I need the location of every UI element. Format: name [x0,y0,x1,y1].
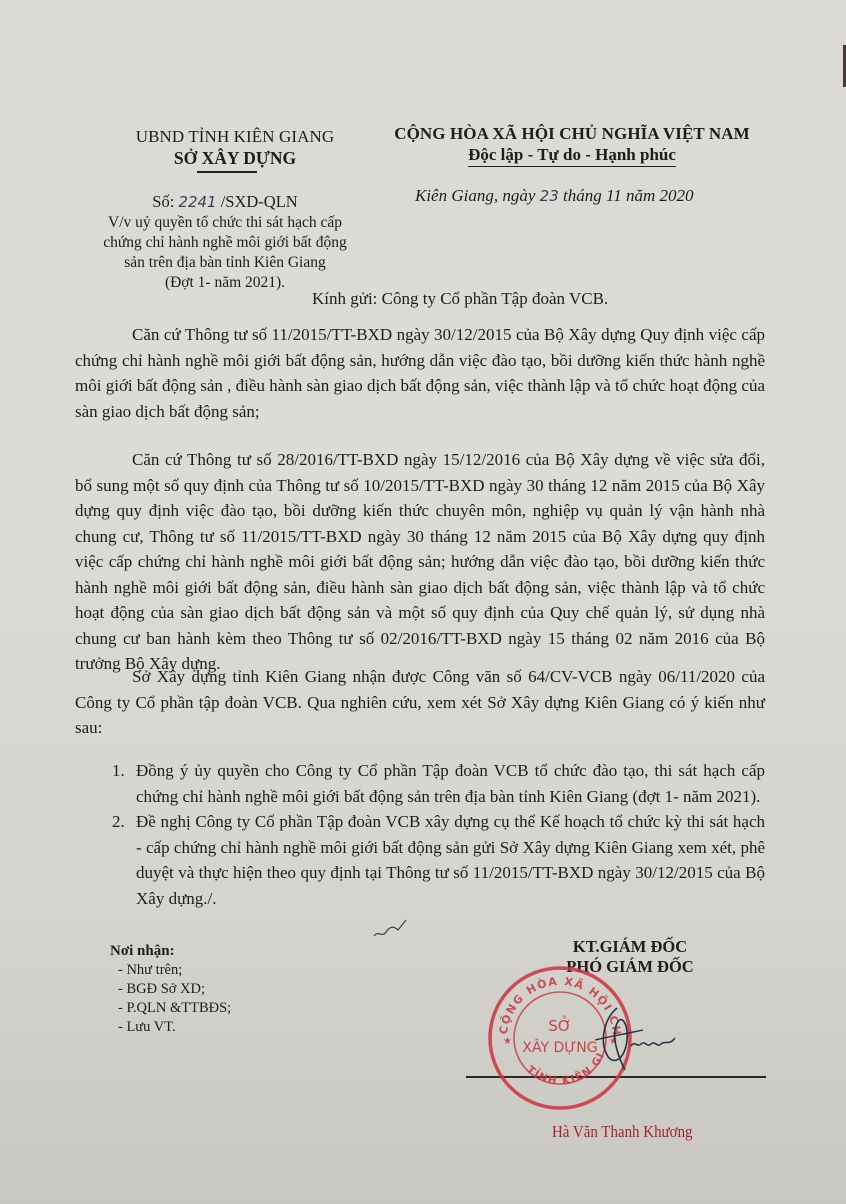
document-number: Số: 2241 /SXD-QLN [70,192,380,212]
paragraph-text: Sở Xây dựng tỉnh Kiên Giang nhận được Cô… [75,664,765,741]
initial-scribble-icon [370,916,410,942]
recipient-item: - P.QLN &TTBĐS; [110,999,231,1018]
department-name: SỞ XÂY DỰNG [100,148,370,169]
paragraph-text: Căn cứ Thông tư số 11/2015/TT-BXD ngày 3… [75,322,765,424]
recipients-title: Nơi nhận: [110,942,231,961]
recipient-item: - Như trên; [110,961,231,980]
recipients-block: Nơi nhận: - Như trên; - BGĐ Sở XD; - P.Q… [110,942,231,1037]
date-day-handwritten: 23 [540,187,559,205]
list-item-number: 2. [112,809,125,835]
subject-line: V/v uỷ quyền tổ chức thi sát hạch cấp [70,213,380,233]
handwritten-signature-icon [585,1000,695,1075]
nation-name: CỘNG HÒA XÃ HỘI CHỦ NGHĨA VIỆT NAM [384,124,760,144]
stamp-center-line-1: SỞ [548,1015,571,1035]
agency-name: UBND TỈNH KIÊN GIANG [100,127,370,147]
list-item: 1. Đồng ý ủy quyền cho Công ty Cổ phần T… [112,758,765,809]
body-paragraph-1: Căn cứ Thông tư số 11/2015/TT-BXD ngày 3… [75,322,765,424]
list-item-text: Đề nghị Công ty Cổ phần Tập đoàn VCB xây… [136,812,765,908]
doc-number-handwritten: 2241 [178,193,216,211]
date-prefix: Kiên Giang, ngày [415,186,540,205]
svg-text:★: ★ [503,1036,512,1047]
recipient-item: - Lưu VT. [110,1018,231,1037]
body-paragraph-2: Căn cứ Thông tư số 28/2016/TT-BXD ngày 1… [75,447,765,677]
addressee: Kính gửi: Công ty Cổ phần Tập đoàn VCB. [312,289,608,309]
paragraph-text: Căn cứ Thông tư số 28/2016/TT-BXD ngày 1… [75,447,765,677]
issue-date: Kiên Giang, ngày 23 tháng 11 năm 2020 [415,186,694,206]
recipient-item: - BGĐ Sở XD; [110,980,231,999]
body-paragraph-3: Sở Xây dựng tỉnh Kiên Giang nhận được Cô… [75,664,765,741]
list-item: 2. Đề nghị Công ty Cổ phần Tập đoàn VCB … [112,809,765,911]
subject-line: chứng chỉ hành nghề môi giới bất động [70,233,380,253]
subject-line: sản trên địa bàn tỉnh Kiên Giang [70,253,380,273]
decision-list: 1. Đồng ý ủy quyền cho Công ty Cổ phần T… [112,758,765,911]
signer-name: Hà Văn Thanh Khương [552,1122,693,1142]
list-item-number: 1. [112,758,125,784]
list-item-text: Đồng ý ủy quyền cho Công ty Cổ phần Tập … [136,761,765,806]
department-underline [197,171,257,173]
doc-number-label: Số: [152,192,178,211]
document-subject: V/v uỷ quyền tổ chức thi sát hạch cấp ch… [70,213,380,293]
date-month-year: tháng 11 năm 2020 [559,186,694,205]
national-motto: Độc lập - Tự do - Hạnh phúc [468,145,676,167]
signature-title-1: KT.GIÁM ĐỐC [520,937,740,957]
issuing-authority: UBND TỈNH KIÊN GIANG SỞ XÂY DỰNG [100,127,370,173]
doc-number-suffix: /SXD-QLN [217,192,298,211]
national-header: CỘNG HÒA XÃ HỘI CHỦ NGHĨA VIỆT NAM Độc l… [384,124,760,167]
